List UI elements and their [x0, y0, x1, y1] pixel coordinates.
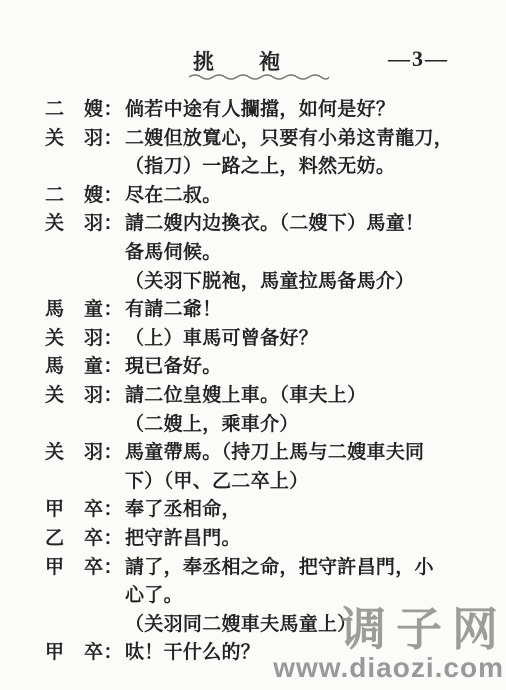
dialogue-text: （二嫂上，乘車介） — [125, 409, 299, 436]
script-line: 关 羽： 請二位皇嫂上車。（車夫上） — [45, 380, 500, 409]
dialogue-text: 請二嫂内边換衣。（二嫂下）馬童！ — [125, 208, 424, 235]
script-page: 挑 袍 —3— 二 嫂： 倘若中途有人攔擋，如何是好？ 关 羽： 二嫂但放寬心，… — [0, 0, 506, 690]
script-line: （指刀）一路之上，料然无妨。 — [45, 151, 500, 180]
dialogue-text: 呔！干什么的？ — [125, 637, 260, 664]
dialogue-text: 奉了丞相命， — [125, 494, 241, 521]
dialogue-text: （指刀）一路之上，料然无妨。 — [125, 151, 395, 178]
speaker-name: 二 嫂： — [45, 180, 125, 207]
dialogue-text: （上）車馬可曾备好？ — [125, 323, 318, 350]
script-line: （二嫂上，乘車介） — [45, 409, 500, 438]
dialogue-text: 請二位皇嫂上車。（車夫上） — [125, 380, 366, 407]
dialogue-text: （关羽同二嫂車夫馬童上） — [125, 609, 357, 636]
script-line: 备馬伺候。 — [45, 237, 500, 266]
script-line: 心了。 — [45, 580, 500, 609]
script-line: 甲 卒： 奉了丞相命， — [45, 494, 500, 523]
dialogue-text: 現已备好。 — [125, 351, 222, 378]
page-title: 挑 袍 — [193, 50, 281, 74]
script-line: （关羽同二嫂車夫馬童上） — [45, 609, 500, 638]
script-line: 下）（甲、乙二卒上） — [45, 466, 500, 495]
dialogue-text: （关羽下脱袍，馬童拉馬备馬介） — [125, 266, 415, 293]
dialogue-text: 二嫂但放寬心，只要有小弟这靑龍刀， — [125, 123, 453, 150]
dialogue-text: 馬童帶馬。（持刀上馬与二嫂車夫同 — [125, 437, 424, 464]
dialogue-text: 备馬伺候。 — [125, 237, 222, 264]
speaker-name: 关 羽： — [45, 380, 125, 407]
speaker-name: 关 羽： — [45, 437, 125, 464]
script-line: 关 羽： 二嫂但放寬心，只要有小弟这靑龍刀， — [45, 123, 500, 152]
dialogue-text: 請了，奉丞相之命，把守許昌門，小 — [125, 552, 434, 579]
dialogue-text: 心了。 — [125, 580, 183, 607]
dialogue-text: 有請二爺！ — [125, 294, 222, 321]
script-line: 乙 卒： 把守許昌門。 — [45, 523, 500, 552]
title-underline-wavy — [189, 72, 329, 81]
speaker-name: 甲 卒： — [45, 552, 125, 579]
dialogue-text: 倘若中途有人攔擋，如何是好？ — [125, 94, 395, 121]
speaker-name: 乙 卒： — [45, 523, 125, 550]
dialogue-text: 下）（甲、乙二卒上） — [125, 466, 309, 493]
script-line: 二 嫂： 倘若中途有人攔擋，如何是好？ — [45, 94, 500, 123]
speaker-name: 二 嫂： — [45, 94, 125, 121]
page-header: 挑 袍 — [193, 46, 333, 76]
speaker-name: 甲 卒： — [45, 637, 125, 664]
speaker-name: 甲 卒： — [45, 494, 125, 521]
script-line: （关羽下脱袍，馬童拉馬备馬介） — [45, 266, 500, 295]
script-line: 二 嫂： 尽在二叔。 — [45, 180, 500, 209]
speaker-name: 关 羽： — [45, 323, 125, 350]
speaker-name: 关 羽： — [45, 208, 125, 235]
script-body: 二 嫂： 倘若中途有人攔擋，如何是好？ 关 羽： 二嫂但放寬心，只要有小弟这靑龍… — [45, 94, 500, 666]
script-line: 馬 童： 有請二爺！ — [45, 294, 500, 323]
script-line: 关 羽： 請二嫂内边換衣。（二嫂下）馬童！ — [45, 208, 500, 237]
script-line: 关 羽： 馬童帶馬。（持刀上馬与二嫂車夫同 — [45, 437, 500, 466]
script-line: 甲 卒： 呔！干什么的？ — [45, 637, 500, 666]
dialogue-text: 尽在二叔。 — [125, 180, 222, 207]
speaker-name: 关 羽： — [45, 123, 125, 150]
script-line: 甲 卒： 請了，奉丞相之命，把守許昌門，小 — [45, 552, 500, 581]
page-number: —3— — [388, 46, 449, 72]
speaker-name: 馬 童： — [45, 351, 125, 378]
script-line: 关 羽： （上）車馬可曾备好？ — [45, 323, 500, 352]
script-line: 馬 童： 現已备好。 — [45, 351, 500, 380]
dialogue-text: 把守許昌門。 — [125, 523, 241, 550]
speaker-name: 馬 童： — [45, 294, 125, 321]
